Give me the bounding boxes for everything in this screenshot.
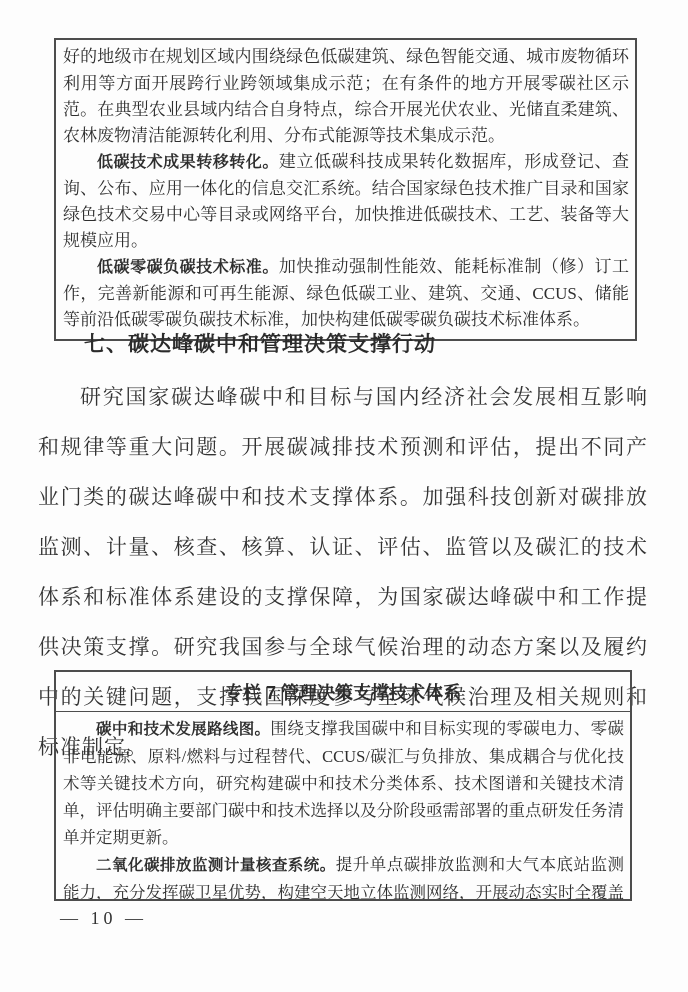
document-page: 好的地级市在规划区域内围绕绿色低碳建筑、绿色智能交通、城市废物循环利用等方面开展… <box>0 0 688 992</box>
page-number: — 10 — <box>60 908 147 929</box>
bordered-text-box-top: 好的地级市在规划区域内围绕绿色低碳建筑、绿色智能交通、城市废物循环利用等方面开展… <box>54 38 637 341</box>
box-paragraph: 碳中和技术发展路线图。围绕支撑我国碳中和目标实现的零碳电力、零碳非电能源、原料/… <box>63 715 624 851</box>
section-heading: 七、碳达峰碳中和管理决策支撑行动 <box>84 328 436 358</box>
box-paragraph: 低碳零碳负碳技术标准。加快推动强制性能效、能耗标准制（修）订工作，完善新能源和可… <box>63 254 629 333</box>
paragraph-lead: 二氧化碳排放监测计量核查系统。 <box>96 857 336 874</box>
column-box-body: 碳中和技术发展路线图。围绕支撑我国碳中和目标实现的零碳电力、零碳非电能源、原料/… <box>56 712 630 901</box>
box-paragraph: 低碳技术成果转移转化。建立低碳科技成果转化数据库，形成登记、查询、公布、应用一体… <box>63 149 629 254</box>
paragraph-lead: 低碳技术成果转移转化。 <box>97 154 279 171</box>
paragraph-lead: 低碳零碳负碳技术标准。 <box>97 259 279 276</box>
paragraph-text: 围绕支撑我国碳中和目标实现的零碳电力、零碳非电能源、原料/燃料与过程替代、CCU… <box>63 719 624 847</box>
column-box-title: 专栏 7 管理决策支撑技术体系 <box>56 672 630 712</box>
box-paragraph: 好的地级市在规划区域内围绕绿色低碳建筑、绿色智能交通、城市废物循环利用等方面开展… <box>63 44 629 149</box>
paragraph-text: 好的地级市在规划区域内围绕绿色低碳建筑、绿色智能交通、城市废物循环利用等方面开展… <box>63 47 629 145</box>
box-paragraph: 二氧化碳排放监测计量核查系统。提升单点碳排放监测和大气本底站监测能力，充分发挥碳… <box>63 851 624 901</box>
paragraph-lead: 碳中和技术发展路线图。 <box>96 721 270 738</box>
column-box-7: 专栏 7 管理决策支撑技术体系 碳中和技术发展路线图。围绕支撑我国碳中和目标实现… <box>54 670 632 901</box>
